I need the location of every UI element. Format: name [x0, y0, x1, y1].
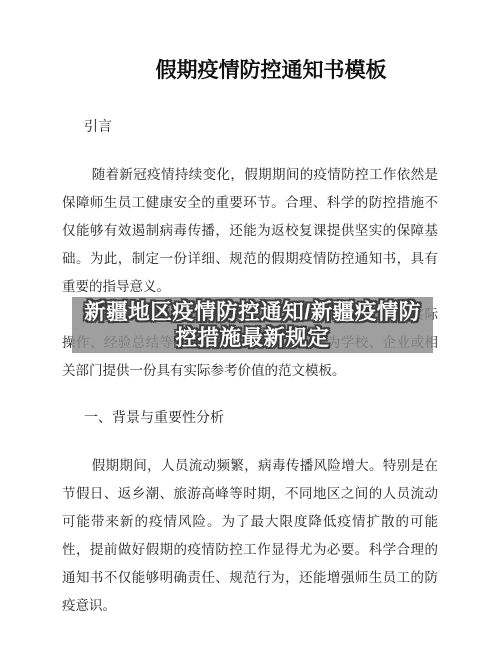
banner-text-line-1: 新疆地区疫情防控通知/新疆疫情防: [84, 299, 420, 325]
banner-text-line-2: 控措施最新规定: [175, 325, 329, 351]
section-1-paragraph-1: 假期期间，人员流动频繁，病毒传播风险增大。特别是在节假日、返乡潮、旅游高峰等时期…: [62, 452, 438, 620]
intro-heading: 引言: [62, 114, 438, 142]
document-title: 假期疫情防控通知书模板: [62, 58, 438, 84]
section-1-heading: 一、背景与重要性分析: [62, 405, 438, 433]
intro-paragraph-1: 随着新冠疫情持续变化，假期期间的疫情防控工作依然是保障师生员工健康安全的重要环节…: [62, 161, 438, 301]
document-page: 假期疫情防控通知书模板 引言 随着新冠疫情持续变化，假期期间的疫情防控工作依然是…: [0, 0, 500, 647]
overlay-watermark-banner: 新疆地区疫情防控通知/新疆疫情防 控措施最新规定: [72, 297, 433, 353]
